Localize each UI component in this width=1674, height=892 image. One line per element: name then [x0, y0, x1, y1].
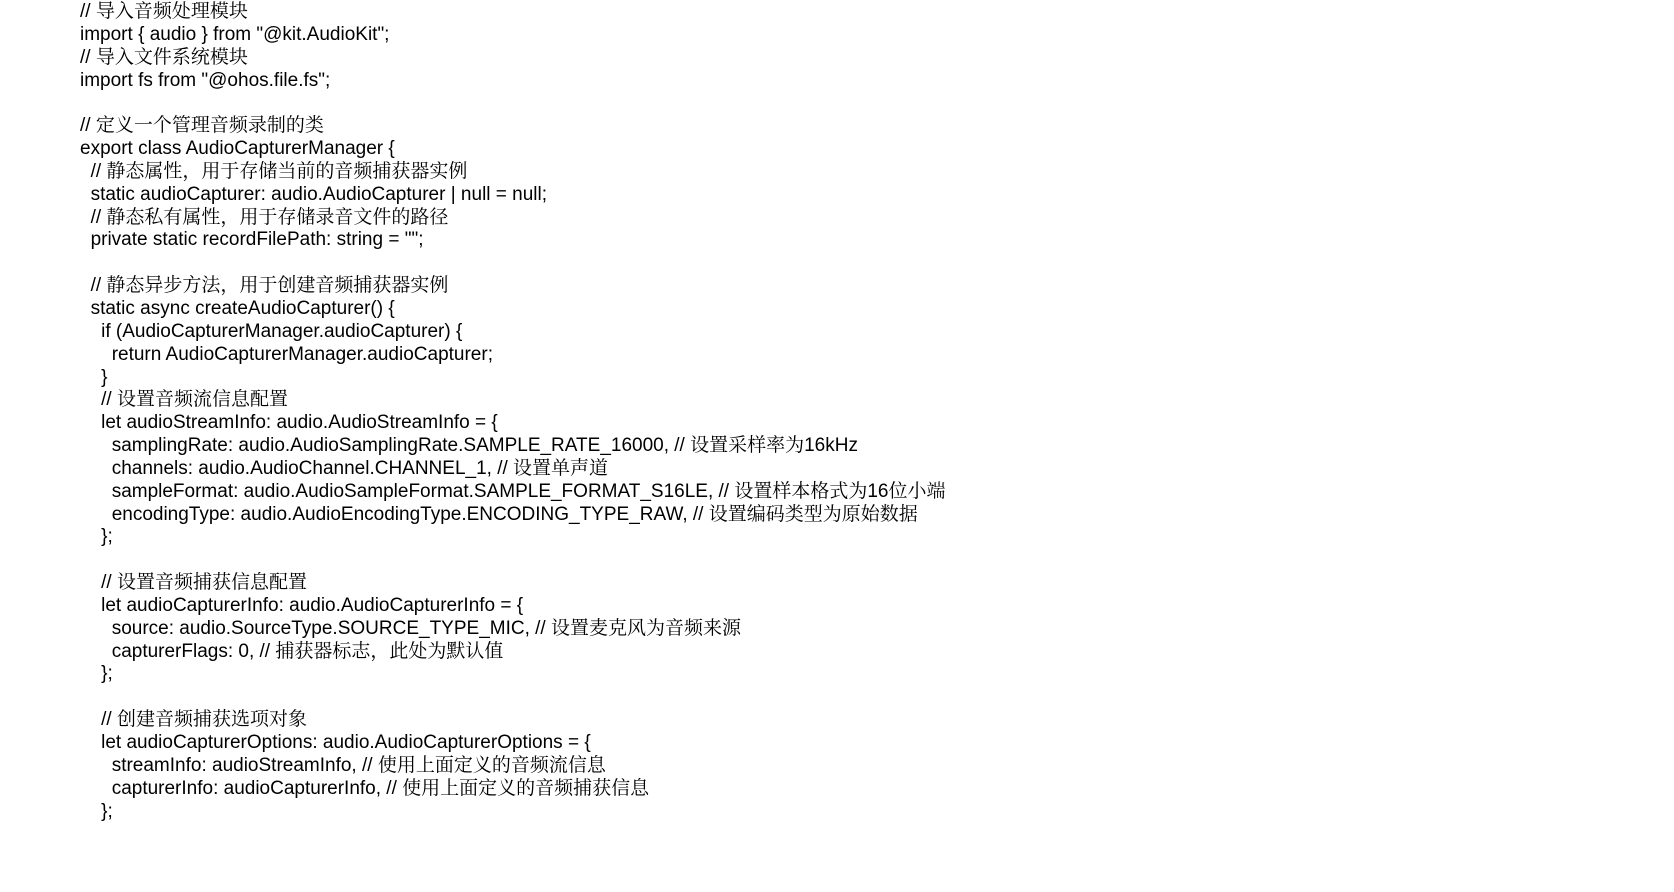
- code-line: };: [80, 801, 946, 824]
- code-line-blank: [80, 92, 946, 115]
- code-line: // 静态异步方法，用于创建音频捕获器实例: [80, 275, 946, 298]
- code-line: capturerFlags: 0, // 捕获器标志，此处为默认值: [80, 641, 946, 664]
- code-line: static async createAudioCapturer() {: [80, 298, 946, 321]
- code-line-blank: [80, 252, 946, 275]
- code-line: encodingType: audio.AudioEncodingType.EN…: [80, 504, 946, 527]
- code-line: return AudioCapturerManager.audioCapture…: [80, 344, 946, 367]
- code-line: private static recordFilePath: string = …: [80, 229, 946, 252]
- code-line: streamInfo: audioStreamInfo, // 使用上面定义的音…: [80, 755, 946, 778]
- code-line: }: [80, 367, 946, 390]
- code-line: export class AudioCapturerManager {: [80, 138, 946, 161]
- code-line: static audioCapturer: audio.AudioCapture…: [80, 184, 946, 207]
- code-line: if (AudioCapturerManager.audioCapturer) …: [80, 321, 946, 344]
- code-line: sampleFormat: audio.AudioSampleFormat.SA…: [80, 481, 946, 504]
- code-line: // 静态私有属性，用于存储录音文件的路径: [80, 207, 946, 230]
- code-line: };: [80, 663, 946, 686]
- code-line: samplingRate: audio.AudioSamplingRate.SA…: [80, 435, 946, 458]
- code-snippet: // 导入音频处理模块 import { audio } from "@kit.…: [80, 1, 946, 823]
- code-line: import { audio } from "@kit.AudioKit";: [80, 24, 946, 47]
- code-line: // 设置音频流信息配置: [80, 389, 946, 412]
- code-line: channels: audio.AudioChannel.CHANNEL_1, …: [80, 458, 946, 481]
- code-line-blank: [80, 549, 946, 572]
- code-line: // 静态属性，用于存储当前的音频捕获器实例: [80, 161, 946, 184]
- code-line: };: [80, 526, 946, 549]
- code-line: import fs from "@ohos.file.fs";: [80, 70, 946, 93]
- code-line: capturerInfo: audioCapturerInfo, // 使用上面…: [80, 778, 946, 801]
- code-line: source: audio.SourceType.SOURCE_TYPE_MIC…: [80, 618, 946, 641]
- code-line: let audioCapturerInfo: audio.AudioCaptur…: [80, 595, 946, 618]
- code-line: // 创建音频捕获选项对象: [80, 709, 946, 732]
- code-line: let audioStreamInfo: audio.AudioStreamIn…: [80, 412, 946, 435]
- code-line: // 导入音频处理模块: [80, 1, 946, 24]
- code-line: // 设置音频捕获信息配置: [80, 572, 946, 595]
- code-line: // 导入文件系统模块: [80, 47, 946, 70]
- code-line: let audioCapturerOptions: audio.AudioCap…: [80, 732, 946, 755]
- code-line-blank: [80, 686, 946, 709]
- code-line: // 定义一个管理音频录制的类: [80, 115, 946, 138]
